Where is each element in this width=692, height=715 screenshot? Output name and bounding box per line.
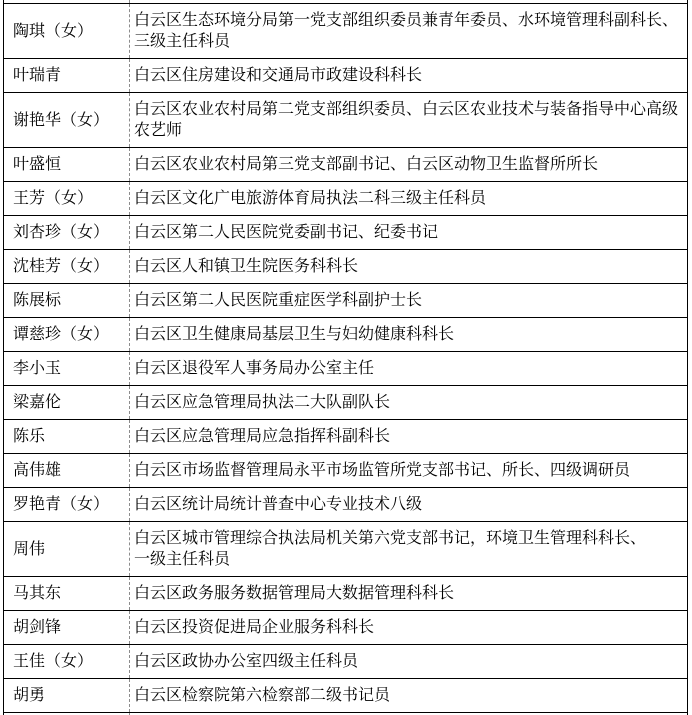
position-cell: 白云区第二人民医院重症医学科副护士长 xyxy=(130,284,688,318)
name-cell: 谭慈珍（女） xyxy=(4,318,130,352)
table-row: 梁嘉伦 白云区应急管理局执法二大队副队长 xyxy=(4,386,688,420)
position-cell: 白云区统计局统计普查中心专业技术八级 xyxy=(130,488,688,522)
position-cell: 白云区退役军人事务局办公室主任 xyxy=(130,352,688,386)
table-row: 沈桂芳（女） 白云区人和镇卫生院医务科科长 xyxy=(4,250,688,284)
table-row: 胡勇 白云区检察院第六检察部二级书记员 xyxy=(4,679,688,713)
name-cell: 罗艳青（女） xyxy=(4,488,130,522)
table-row: 马其东 白云区政务服务数据管理局大数据管理科科长 xyxy=(4,577,688,611)
document-page: 陶琪（女） 白云区生态环境分局第一党支部组织委员兼青年委员、水环境管理科副科长、… xyxy=(0,0,692,715)
table-row: 王佳（女） 白云区政协办公室四级主任科员 xyxy=(4,645,688,679)
name-cell: 胡剑锋 xyxy=(4,611,130,645)
position-cell: 白云区政务服务数据管理局大数据管理科科长 xyxy=(130,577,688,611)
table-row: 叶瑞青 白云区住房建设和交通局市政建设科科长 xyxy=(4,59,688,93)
personnel-table-body: 陶琪（女） 白云区生态环境分局第一党支部组织委员兼青年委员、水环境管理科副科长、… xyxy=(4,0,688,715)
table-row: 周伟 白云区城市管理综合执法局机关第六党支部书记，环境卫生管理科科长、 一级主任… xyxy=(4,522,688,577)
position-cell: 白云区卫生健康局基层卫生与妇幼健康科科长 xyxy=(130,318,688,352)
table-row: 罗艳青（女） 白云区统计局统计普查中心专业技术八级 xyxy=(4,488,688,522)
position-cell: 白云区文化广电旅游体育局执法二科三级主任科员 xyxy=(130,182,688,216)
name-cell: 王佳（女） xyxy=(4,645,130,679)
name-cell: 刘杏珍（女） xyxy=(4,216,130,250)
table-row: 谭慈珍（女） 白云区卫生健康局基层卫生与妇幼健康科科长 xyxy=(4,318,688,352)
name-cell: 谢艳华（女） xyxy=(4,93,130,148)
name-cell: 陶琪（女） xyxy=(4,4,130,59)
position-cell: 白云区市场监督管理局永平市场监管所党支部书记、所长、四级调研员 xyxy=(130,454,688,488)
name-cell: 王芳（女） xyxy=(4,182,130,216)
position-cell: 白云区农业农村局第三党支部副书记、白云区动物卫生监督所所长 xyxy=(130,148,688,182)
name-cell: 周伟 xyxy=(4,522,130,577)
name-cell: 胡勇 xyxy=(4,679,130,713)
position-cell: 白云区检察院第六检察部二级书记员 xyxy=(130,679,688,713)
position-cell: 白云区应急管理局执法二大队副队长 xyxy=(130,386,688,420)
table-row: 陈展标 白云区第二人民医院重症医学科副护士长 xyxy=(4,284,688,318)
table-row: 谢艳华（女） 白云区农业农村局第二党支部组织委员、白云区农业技术与装备指导中心高… xyxy=(4,93,688,148)
table-row: 陈乐 白云区应急管理局应急指挥科副科长 xyxy=(4,420,688,454)
table-row: 叶盛恒 白云区农业农村局第三党支部副书记、白云区动物卫生监督所所长 xyxy=(4,148,688,182)
position-cell: 白云区城市管理综合执法局机关第六党支部书记，环境卫生管理科科长、 一级主任科员 xyxy=(130,522,688,577)
table-row: 李小玉 白云区退役军人事务局办公室主任 xyxy=(4,352,688,386)
position-cell: 白云区住房建设和交通局市政建设科科长 xyxy=(130,59,688,93)
table-row: 王芳（女） 白云区文化广电旅游体育局执法二科三级主任科员 xyxy=(4,182,688,216)
table-row: 陶琪（女） 白云区生态环境分局第一党支部组织委员兼青年委员、水环境管理科副科长、… xyxy=(4,4,688,59)
name-cell: 高伟雄 xyxy=(4,454,130,488)
name-cell: 陈乐 xyxy=(4,420,130,454)
position-cell: 白云区第二人民医院党委副书记、纪委书记 xyxy=(130,216,688,250)
position-cell: 白云区人和镇卫生院医务科科长 xyxy=(130,250,688,284)
position-cell: 白云区投资促进局企业服务科科长 xyxy=(130,611,688,645)
table-row: 高伟雄 白云区市场监督管理局永平市场监管所党支部书记、所长、四级调研员 xyxy=(4,454,688,488)
name-cell: 叶盛恒 xyxy=(4,148,130,182)
table-row: 胡剑锋 白云区投资促进局企业服务科科长 xyxy=(4,611,688,645)
position-cell: 白云区应急管理局应急指挥科副科长 xyxy=(130,420,688,454)
name-cell: 马其东 xyxy=(4,577,130,611)
name-cell: 陈展标 xyxy=(4,284,130,318)
name-cell: 梁嘉伦 xyxy=(4,386,130,420)
name-cell: 叶瑞青 xyxy=(4,59,130,93)
name-cell: 李小玉 xyxy=(4,352,130,386)
personnel-table: 陶琪（女） 白云区生态环境分局第一党支部组织委员兼青年委员、水环境管理科副科长、… xyxy=(3,0,688,715)
table-row: 刘杏珍（女） 白云区第二人民医院党委副书记、纪委书记 xyxy=(4,216,688,250)
name-cell: 沈桂芳（女） xyxy=(4,250,130,284)
position-cell: 白云区生态环境分局第一党支部组织委员兼青年委员、水环境管理科副科长、 三级主任科… xyxy=(130,4,688,59)
position-cell: 白云区政协办公室四级主任科员 xyxy=(130,645,688,679)
position-cell: 白云区农业农村局第二党支部组织委员、白云区农业技术与装备指导中心高级 农艺师 xyxy=(130,93,688,148)
